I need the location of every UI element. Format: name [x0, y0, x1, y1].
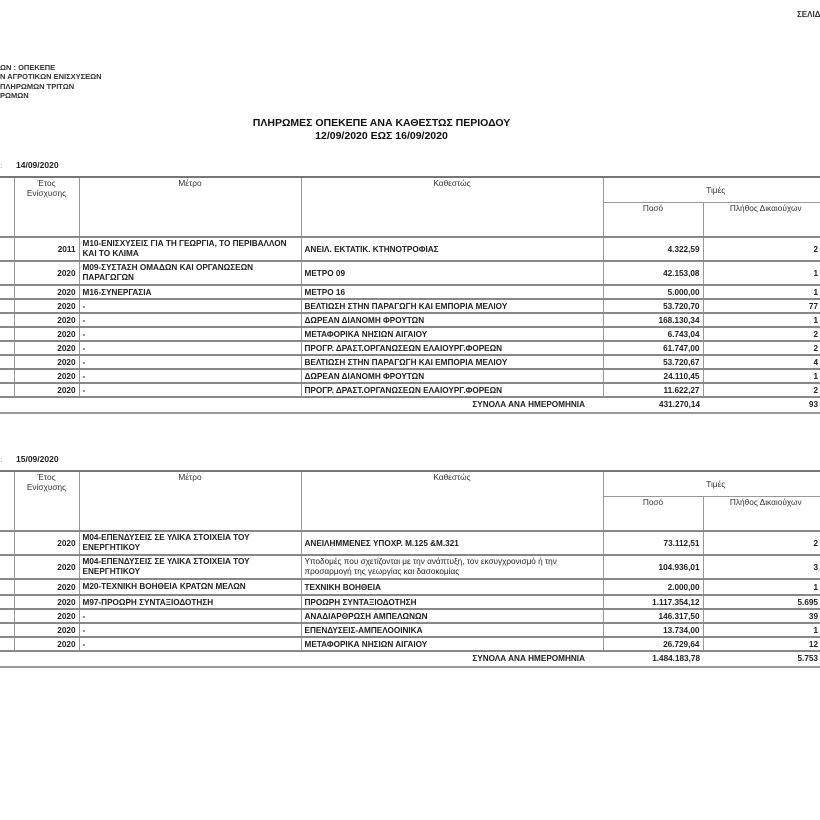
table-row: 2020 Μ16-ΣΥΝΕΡΓΑΣΙΑ ΜΕΤΡΟ 16 5.000,00 1	[0, 285, 820, 299]
col-beneficiaries-header: Πλήθος Δικαιούχων	[703, 203, 820, 237]
cell-measure: Μ97-ΠΡΟΩΡΗ ΣΥΝΤΑΞΙΟΔΟΤΗΣΗ	[79, 595, 301, 609]
cell-amount: 42.153,08	[603, 261, 703, 285]
org-line: ΩΝ : ΟΠΕΚΕΠΕ	[0, 63, 102, 72]
cell-beneficiaries: 77	[703, 299, 820, 313]
cell-scheme: ΠΡΟΩΡΗ ΣΥΝΤΑΞΙΟΔΟΤΗΣΗ	[301, 595, 603, 609]
report-period: 12/09/2020 ΕΩΣ 16/09/2020	[0, 130, 763, 143]
totals-beneficiaries: 5.753	[703, 651, 820, 667]
cell-measure: -	[79, 623, 301, 637]
cell-scheme: ΤΕΧΝΙΚΗ ΒΟΗΘΕΙΑ	[301, 579, 603, 595]
cell-year: 2020	[14, 285, 79, 299]
cell-amount: 13.734,00	[603, 623, 703, 637]
table-row: 2020 Μ04-ΕΠΕΝΔΥΣΕΙΣ ΣΕ ΥΛΙΚΑ ΣΤΟΙΧΕΙΑ ΤΟ…	[0, 555, 820, 579]
cell-beneficiaries: 1	[703, 261, 820, 285]
table-row: 2020 - ΠΡΟΓΡ. ΔΡΑΣΤ.ΟΡΓΑΝΩΣΕΩΝ ΕΛΑΙΟΥΡΓ.…	[0, 341, 820, 355]
cell-amount: 5.000,00	[603, 285, 703, 299]
cell-beneficiaries: 1	[703, 285, 820, 299]
date-label-prefix: :	[0, 160, 2, 170]
cell-year: 2020	[14, 579, 79, 595]
table-row: 2011 Μ10-ΕΝΙΣΧΥΣΕΙΣ ΓΙΑ ΤΗ ΓΕΩΡΓΙΑ, ΤΟ Π…	[0, 237, 820, 261]
col-values-header: Τιμές	[603, 177, 820, 203]
col-scheme-header: Καθεστώς	[301, 177, 603, 237]
cell-year: 2020	[14, 299, 79, 313]
row-marker	[0, 299, 14, 313]
cell-beneficiaries: 1	[703, 313, 820, 327]
cell-scheme: ΑΝΕΙΛ. ΕΚΤΑΤΙΚ. ΚΤΗΝΟΤΡΟΦΙΑΣ	[301, 237, 603, 261]
row-marker	[0, 383, 14, 397]
totals-beneficiaries: 93	[703, 397, 820, 413]
cell-amount: 53.720,67	[603, 355, 703, 369]
cell-year: 2020	[14, 595, 79, 609]
col-year-header: Έτος Ενίσχυσης	[14, 471, 79, 531]
table-row: 2020 - ΜΕΤΑΦΟΡΙΚΑ ΝΗΣΙΩΝ ΑΙΓΑΙΟΥ 6.743,0…	[0, 327, 820, 341]
cell-scheme: ΔΩΡΕΑΝ ΔΙΑΝΟΜΗ ΦΡΟΥΤΩΝ	[301, 369, 603, 383]
cell-scheme: ΑΝΕΙΛΗΜΜΕΝΕΣ ΥΠΟΧΡ. Μ.125 &Μ.321	[301, 531, 603, 555]
totals-row: ΣΥΝΟΛΑ ΑΝΑ ΗΜΕΡΟΜΗΝΙΑ 431.270,14 93	[0, 397, 820, 413]
table-row: 2020 - ΠΡΟΓΡ. ΔΡΑΣΤ.ΟΡΓΑΝΩΣΕΩΝ ΕΛΑΙΟΥΡΓ.…	[0, 383, 820, 397]
row-marker-header	[0, 471, 14, 531]
row-marker	[0, 555, 14, 579]
cell-beneficiaries: 12	[703, 637, 820, 651]
row-marker	[0, 531, 14, 555]
cell-year: 2020	[14, 555, 79, 579]
col-measure-header: Μέτρο	[79, 177, 301, 237]
cell-measure: Μ10-ΕΝΙΣΧΥΣΕΙΣ ΓΙΑ ΤΗ ΓΕΩΡΓΙΑ, ΤΟ ΠΕΡΙΒΑ…	[79, 237, 301, 261]
cell-amount: 4.322,59	[603, 237, 703, 261]
row-marker	[0, 237, 14, 261]
cell-amount: 26.729,64	[603, 637, 703, 651]
table-row: 2020 - ΑΝΑΔΙΑΡΘΡΩΣΗ ΑΜΠΕΛΩΝΩΝ 146.317,50…	[0, 609, 820, 623]
cell-measure: -	[79, 609, 301, 623]
cell-year: 2011	[14, 237, 79, 261]
cell-amount: 6.743,04	[603, 327, 703, 341]
cell-year: 2020	[14, 355, 79, 369]
cell-scheme: ΒΕΛΤΙΩΣΗ ΣΤΗΝ ΠΑΡΑΓΩΓΗ ΚΑΙ ΕΜΠΟΡΙΑ ΜΕΛΙΟ…	[301, 355, 603, 369]
table-row: 2020 Μ09-ΣΥΣΤΑΣΗ ΟΜΑΔΩΝ ΚΑΙ ΟΡΓΑΝΩΣΕΩΝ Π…	[0, 261, 820, 285]
cell-measure: Μ20-ΤΕΧΝΙΚΗ ΒΟΗΘΕΙΑ ΚΡΑΤΩΝ ΜΕΛΩΝ	[79, 579, 301, 595]
payments-table: Έτος Ενίσχυσης Μέτρο Καθεστώς Τιμές Ποσό…	[0, 176, 820, 414]
col-measure-header: Μέτρο	[79, 471, 301, 531]
cell-amount: 24.110,45	[603, 369, 703, 383]
cell-measure: Μ04-ΕΠΕΝΔΥΣΕΙΣ ΣΕ ΥΛΙΚΑ ΣΤΟΙΧΕΙΑ ΤΟΥ ΕΝΕ…	[79, 555, 301, 579]
table-row: 2020 Μ97-ΠΡΟΩΡΗ ΣΥΝΤΑΞΙΟΔΟΤΗΣΗ ΠΡΟΩΡΗ ΣΥ…	[0, 595, 820, 609]
cell-measure: Μ04-ΕΠΕΝΔΥΣΕΙΣ ΣΕ ΥΛΙΚΑ ΣΤΟΙΧΕΙΑ ΤΟΥ ΕΝΕ…	[79, 531, 301, 555]
row-marker	[0, 609, 14, 623]
cell-measure: Μ16-ΣΥΝΕΡΓΑΣΙΑ	[79, 285, 301, 299]
cell-amount: 61.747,00	[603, 341, 703, 355]
table-row: 2020 Μ20-ΤΕΧΝΙΚΗ ΒΟΗΘΕΙΑ ΚΡΑΤΩΝ ΜΕΛΩΝ ΤΕ…	[0, 579, 820, 595]
row-marker	[0, 595, 14, 609]
cell-measure: -	[79, 369, 301, 383]
org-line: Ν ΑΓΡΟΤΙΚΩΝ ΕΝΙΣΧΥΣΕΩΝ	[0, 72, 102, 81]
cell-scheme: ΔΩΡΕΑΝ ΔΙΑΝΟΜΗ ΦΡΟΥΤΩΝ	[301, 313, 603, 327]
row-marker-header	[0, 177, 14, 237]
cell-scheme: ΜΕΤΑΦΟΡΙΚΑ ΝΗΣΙΩΝ ΑΙΓΑΙΟΥ	[301, 637, 603, 651]
totals-label: ΣΥΝΟΛΑ ΑΝΑ ΗΜΕΡΟΜΗΝΙΑ	[0, 397, 603, 413]
col-amount-header: Ποσό	[603, 497, 703, 531]
cell-year: 2020	[14, 327, 79, 341]
cell-year: 2020	[14, 369, 79, 383]
cell-beneficiaries: 1	[703, 579, 820, 595]
cell-measure: -	[79, 327, 301, 341]
cell-measure: -	[79, 383, 301, 397]
cell-measure: Μ09-ΣΥΣΤΑΣΗ ΟΜΑΔΩΝ ΚΑΙ ΟΡΓΑΝΩΣΕΩΝ ΠΑΡΑΓΩ…	[79, 261, 301, 285]
section-date: 14/09/2020	[16, 160, 59, 170]
totals-label: ΣΥΝΟΛΑ ΑΝΑ ΗΜΕΡΟΜΗΝΙΑ	[0, 651, 603, 667]
row-marker	[0, 579, 14, 595]
totals-amount: 431.270,14	[603, 397, 703, 413]
cell-measure: -	[79, 355, 301, 369]
cell-year: 2020	[14, 531, 79, 555]
cell-year: 2020	[14, 341, 79, 355]
table-row: 2020 - ΕΠΕΝΔΥΣΕΙΣ-ΑΜΠΕΛΟΟΙΝΙΚΑ 13.734,00…	[0, 623, 820, 637]
section-date: 15/09/2020	[16, 454, 59, 464]
org-line: ΠΛΗΡΩΜΩΝ ΤΡΙΤΩΝ	[0, 82, 102, 91]
cell-scheme: Υποδομές που σχετίζονται με την ανάπτυξη…	[301, 555, 603, 579]
cell-amount: 1.117.354,12	[603, 595, 703, 609]
cell-year: 2020	[14, 623, 79, 637]
cell-beneficiaries: 3	[703, 555, 820, 579]
cell-measure: -	[79, 341, 301, 355]
table-row: 2020 - ΒΕΛΤΙΩΣΗ ΣΤΗΝ ΠΑΡΑΓΩΓΗ ΚΑΙ ΕΜΠΟΡΙ…	[0, 355, 820, 369]
cell-beneficiaries: 2	[703, 237, 820, 261]
cell-scheme: ΑΝΑΔΙΑΡΘΡΩΣΗ ΑΜΠΕΛΩΝΩΝ	[301, 609, 603, 623]
report-title: ΠΛΗΡΩΜΕΣ ΟΠΕΚΕΠΕ ΑΝΑ ΚΑΘΕΣΤΩΣ ΠΕΡΙΟΔΟΥ	[0, 117, 763, 130]
cell-scheme: ΜΕΤΡΟ 16	[301, 285, 603, 299]
table-row: 2020 - ΒΕΛΤΙΩΣΗ ΣΤΗΝ ΠΑΡΑΓΩΓΗ ΚΑΙ ΕΜΠΟΡΙ…	[0, 299, 820, 313]
cell-scheme: ΒΕΛΤΙΩΣΗ ΣΤΗΝ ΠΑΡΑΓΩΓΗ ΚΑΙ ΕΜΠΟΡΙΑ ΜΕΛΙΟ…	[301, 299, 603, 313]
cell-measure: -	[79, 313, 301, 327]
cell-beneficiaries: 1	[703, 623, 820, 637]
page-number-label: ΣΕΛΙΔ	[797, 10, 820, 19]
row-marker	[0, 261, 14, 285]
cell-amount: 168.130,34	[603, 313, 703, 327]
col-amount-header: Ποσό	[603, 203, 703, 237]
col-scheme-header: Καθεστώς	[301, 471, 603, 531]
cell-beneficiaries: 39	[703, 609, 820, 623]
cell-amount: 53.720,70	[603, 299, 703, 313]
cell-beneficiaries: 5.695	[703, 595, 820, 609]
table-row: 2020 Μ04-ΕΠΕΝΔΥΣΕΙΣ ΣΕ ΥΛΙΚΑ ΣΤΟΙΧΕΙΑ ΤΟ…	[0, 531, 820, 555]
totals-amount: 1.484.183,78	[603, 651, 703, 667]
table-row: 2020 - ΔΩΡΕΑΝ ΔΙΑΝΟΜΗ ΦΡΟΥΤΩΝ 168.130,34…	[0, 313, 820, 327]
cell-beneficiaries: 2	[703, 383, 820, 397]
cell-beneficiaries: 2	[703, 531, 820, 555]
cell-scheme: ΕΠΕΝΔΥΣΕΙΣ-ΑΜΠΕΛΟΟΙΝΙΚΑ	[301, 623, 603, 637]
cell-beneficiaries: 2	[703, 327, 820, 341]
row-marker	[0, 285, 14, 299]
cell-beneficiaries: 1	[703, 369, 820, 383]
row-marker	[0, 355, 14, 369]
row-marker	[0, 327, 14, 341]
cell-amount: 2.000,00	[603, 579, 703, 595]
cell-scheme: ΜΕΤΡΟ 09	[301, 261, 603, 285]
cell-amount: 11.622,27	[603, 383, 703, 397]
table-row: 2020 - ΔΩΡΕΑΝ ΔΙΑΝΟΜΗ ΦΡΟΥΤΩΝ 24.110,45 …	[0, 369, 820, 383]
cell-year: 2020	[14, 637, 79, 651]
cell-year: 2020	[14, 609, 79, 623]
cell-beneficiaries: 4	[703, 355, 820, 369]
cell-measure: -	[79, 637, 301, 651]
cell-year: 2020	[14, 313, 79, 327]
org-line: ΡΩΜΩΝ	[0, 91, 102, 100]
row-marker	[0, 369, 14, 383]
col-beneficiaries-header: Πλήθος Δικαιούχων	[703, 497, 820, 531]
date-label-prefix: :	[0, 454, 2, 464]
cell-measure: -	[79, 299, 301, 313]
cell-beneficiaries: 2	[703, 341, 820, 355]
col-values-header: Τιμές	[603, 471, 820, 497]
organization-header: ΩΝ : ΟΠΕΚΕΠΕ Ν ΑΓΡΟΤΙΚΩΝ ΕΝΙΣΧΥΣΕΩΝ ΠΛΗΡ…	[0, 63, 102, 100]
cell-year: 2020	[14, 383, 79, 397]
cell-amount: 146.317,50	[603, 609, 703, 623]
col-year-header: Έτος Ενίσχυσης	[14, 177, 79, 237]
table-row: 2020 - ΜΕΤΑΦΟΡΙΚΑ ΝΗΣΙΩΝ ΑΙΓΑΙΟΥ 26.729,…	[0, 637, 820, 651]
row-marker	[0, 313, 14, 327]
cell-amount: 104.936,01	[603, 555, 703, 579]
report-title-block: ΠΛΗΡΩΜΕΣ ΟΠΕΚΕΠΕ ΑΝΑ ΚΑΘΕΣΤΩΣ ΠΕΡΙΟΔΟΥ 1…	[0, 117, 763, 143]
cell-scheme: ΠΡΟΓΡ. ΔΡΑΣΤ.ΟΡΓΑΝΩΣΕΩΝ ΕΛΑΙΟΥΡΓ.ΦΟΡΕΩΝ	[301, 341, 603, 355]
cell-scheme: ΠΡΟΓΡ. ΔΡΑΣΤ.ΟΡΓΑΝΩΣΕΩΝ ΕΛΑΙΟΥΡΓ.ΦΟΡΕΩΝ	[301, 383, 603, 397]
cell-scheme: ΜΕΤΑΦΟΡΙΚΑ ΝΗΣΙΩΝ ΑΙΓΑΙΟΥ	[301, 327, 603, 341]
payments-table: Έτος Ενίσχυσης Μέτρο Καθεστώς Τιμές Ποσό…	[0, 470, 820, 668]
cell-year: 2020	[14, 261, 79, 285]
totals-row: ΣΥΝΟΛΑ ΑΝΑ ΗΜΕΡΟΜΗΝΙΑ 1.484.183,78 5.753	[0, 651, 820, 667]
row-marker	[0, 623, 14, 637]
row-marker	[0, 637, 14, 651]
cell-amount: 73.112,51	[603, 531, 703, 555]
row-marker	[0, 341, 14, 355]
